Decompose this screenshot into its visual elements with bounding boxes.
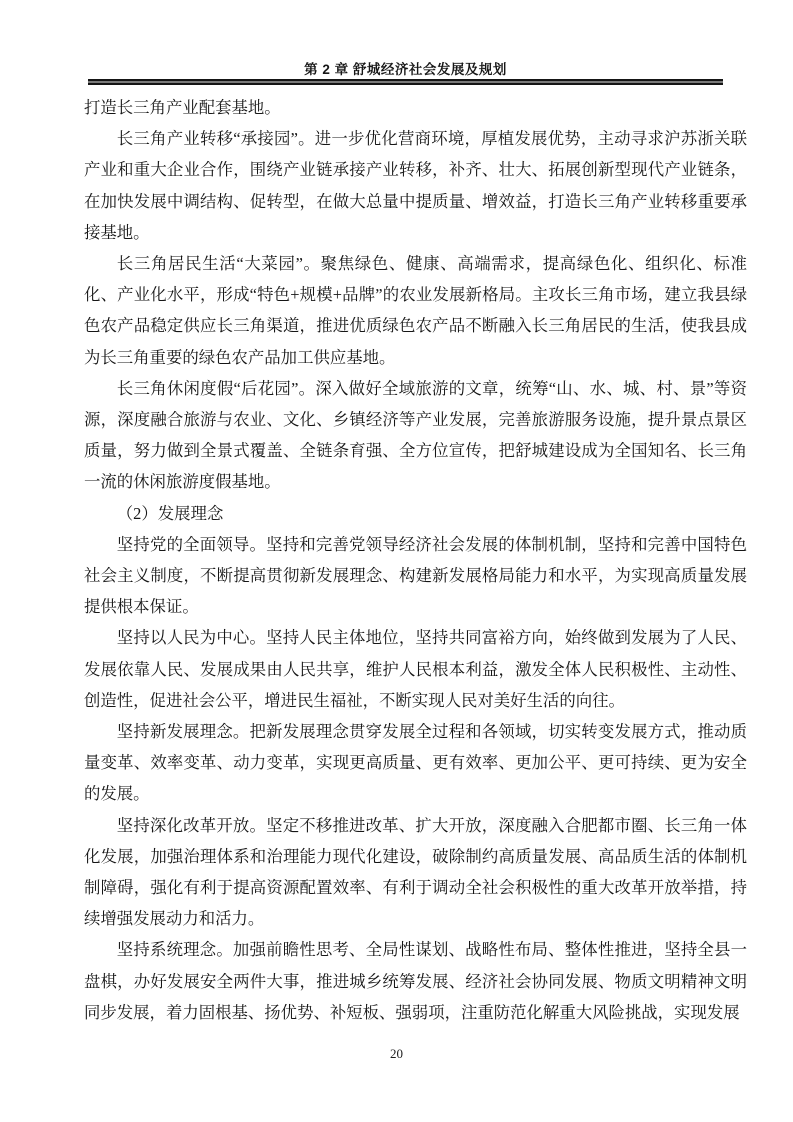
- body-paragraph: 坚持系统理念。加强前瞻性思考、全局性谋划、战略性布局、整体性推进，坚持全县一盘棋…: [84, 934, 747, 1028]
- chapter-header-title: 第 2 章 舒城经济社会发展及规划: [88, 58, 723, 78]
- page-number: 20: [0, 1046, 793, 1062]
- body-paragraph: 坚持深化改革开放。坚定不移推进改革、扩大开放，深度融入合肥都市圈、长三角一体化发…: [84, 810, 747, 935]
- body-paragraph: 打造长三角产业配套基地。: [84, 92, 747, 123]
- body-text-block: 打造长三角产业配套基地。 长三角产业转移“承接园”。进一步优化营商环境，厚植发展…: [84, 92, 747, 1028]
- body-paragraph: 长三角产业转移“承接园”。进一步优化营商环境，厚植发展优势，主动寻求沪苏浙关联产…: [84, 123, 747, 248]
- header-double-rule: [88, 79, 723, 85]
- body-paragraph: 长三角休闲度假“后花园”。深入做好全域旅游的文章，统筹“山、水、城、村、景”等资…: [84, 373, 747, 498]
- body-paragraph: 坚持以人民为中心。坚持人民主体地位，坚持共同富裕方向，始终做到发展为了人民、发展…: [84, 622, 747, 716]
- body-paragraph: 长三角居民生活“大菜园”。聚焦绿色、健康、高端需求，提高绿色化、组织化、标准化、…: [84, 248, 747, 373]
- section-subheading: （2）发展理念: [84, 498, 747, 529]
- body-paragraph: 坚持党的全面领导。坚持和完善党领导经济社会发展的体制机制，坚持和完善中国特色社会…: [84, 529, 747, 623]
- body-paragraph: 坚持新发展理念。把新发展理念贯穿发展全过程和各领域，切实转变发展方式，推动质量变…: [84, 716, 747, 810]
- document-page: 第 2 章 舒城经济社会发展及规划 打造长三角产业配套基地。 长三角产业转移“承…: [0, 0, 793, 1122]
